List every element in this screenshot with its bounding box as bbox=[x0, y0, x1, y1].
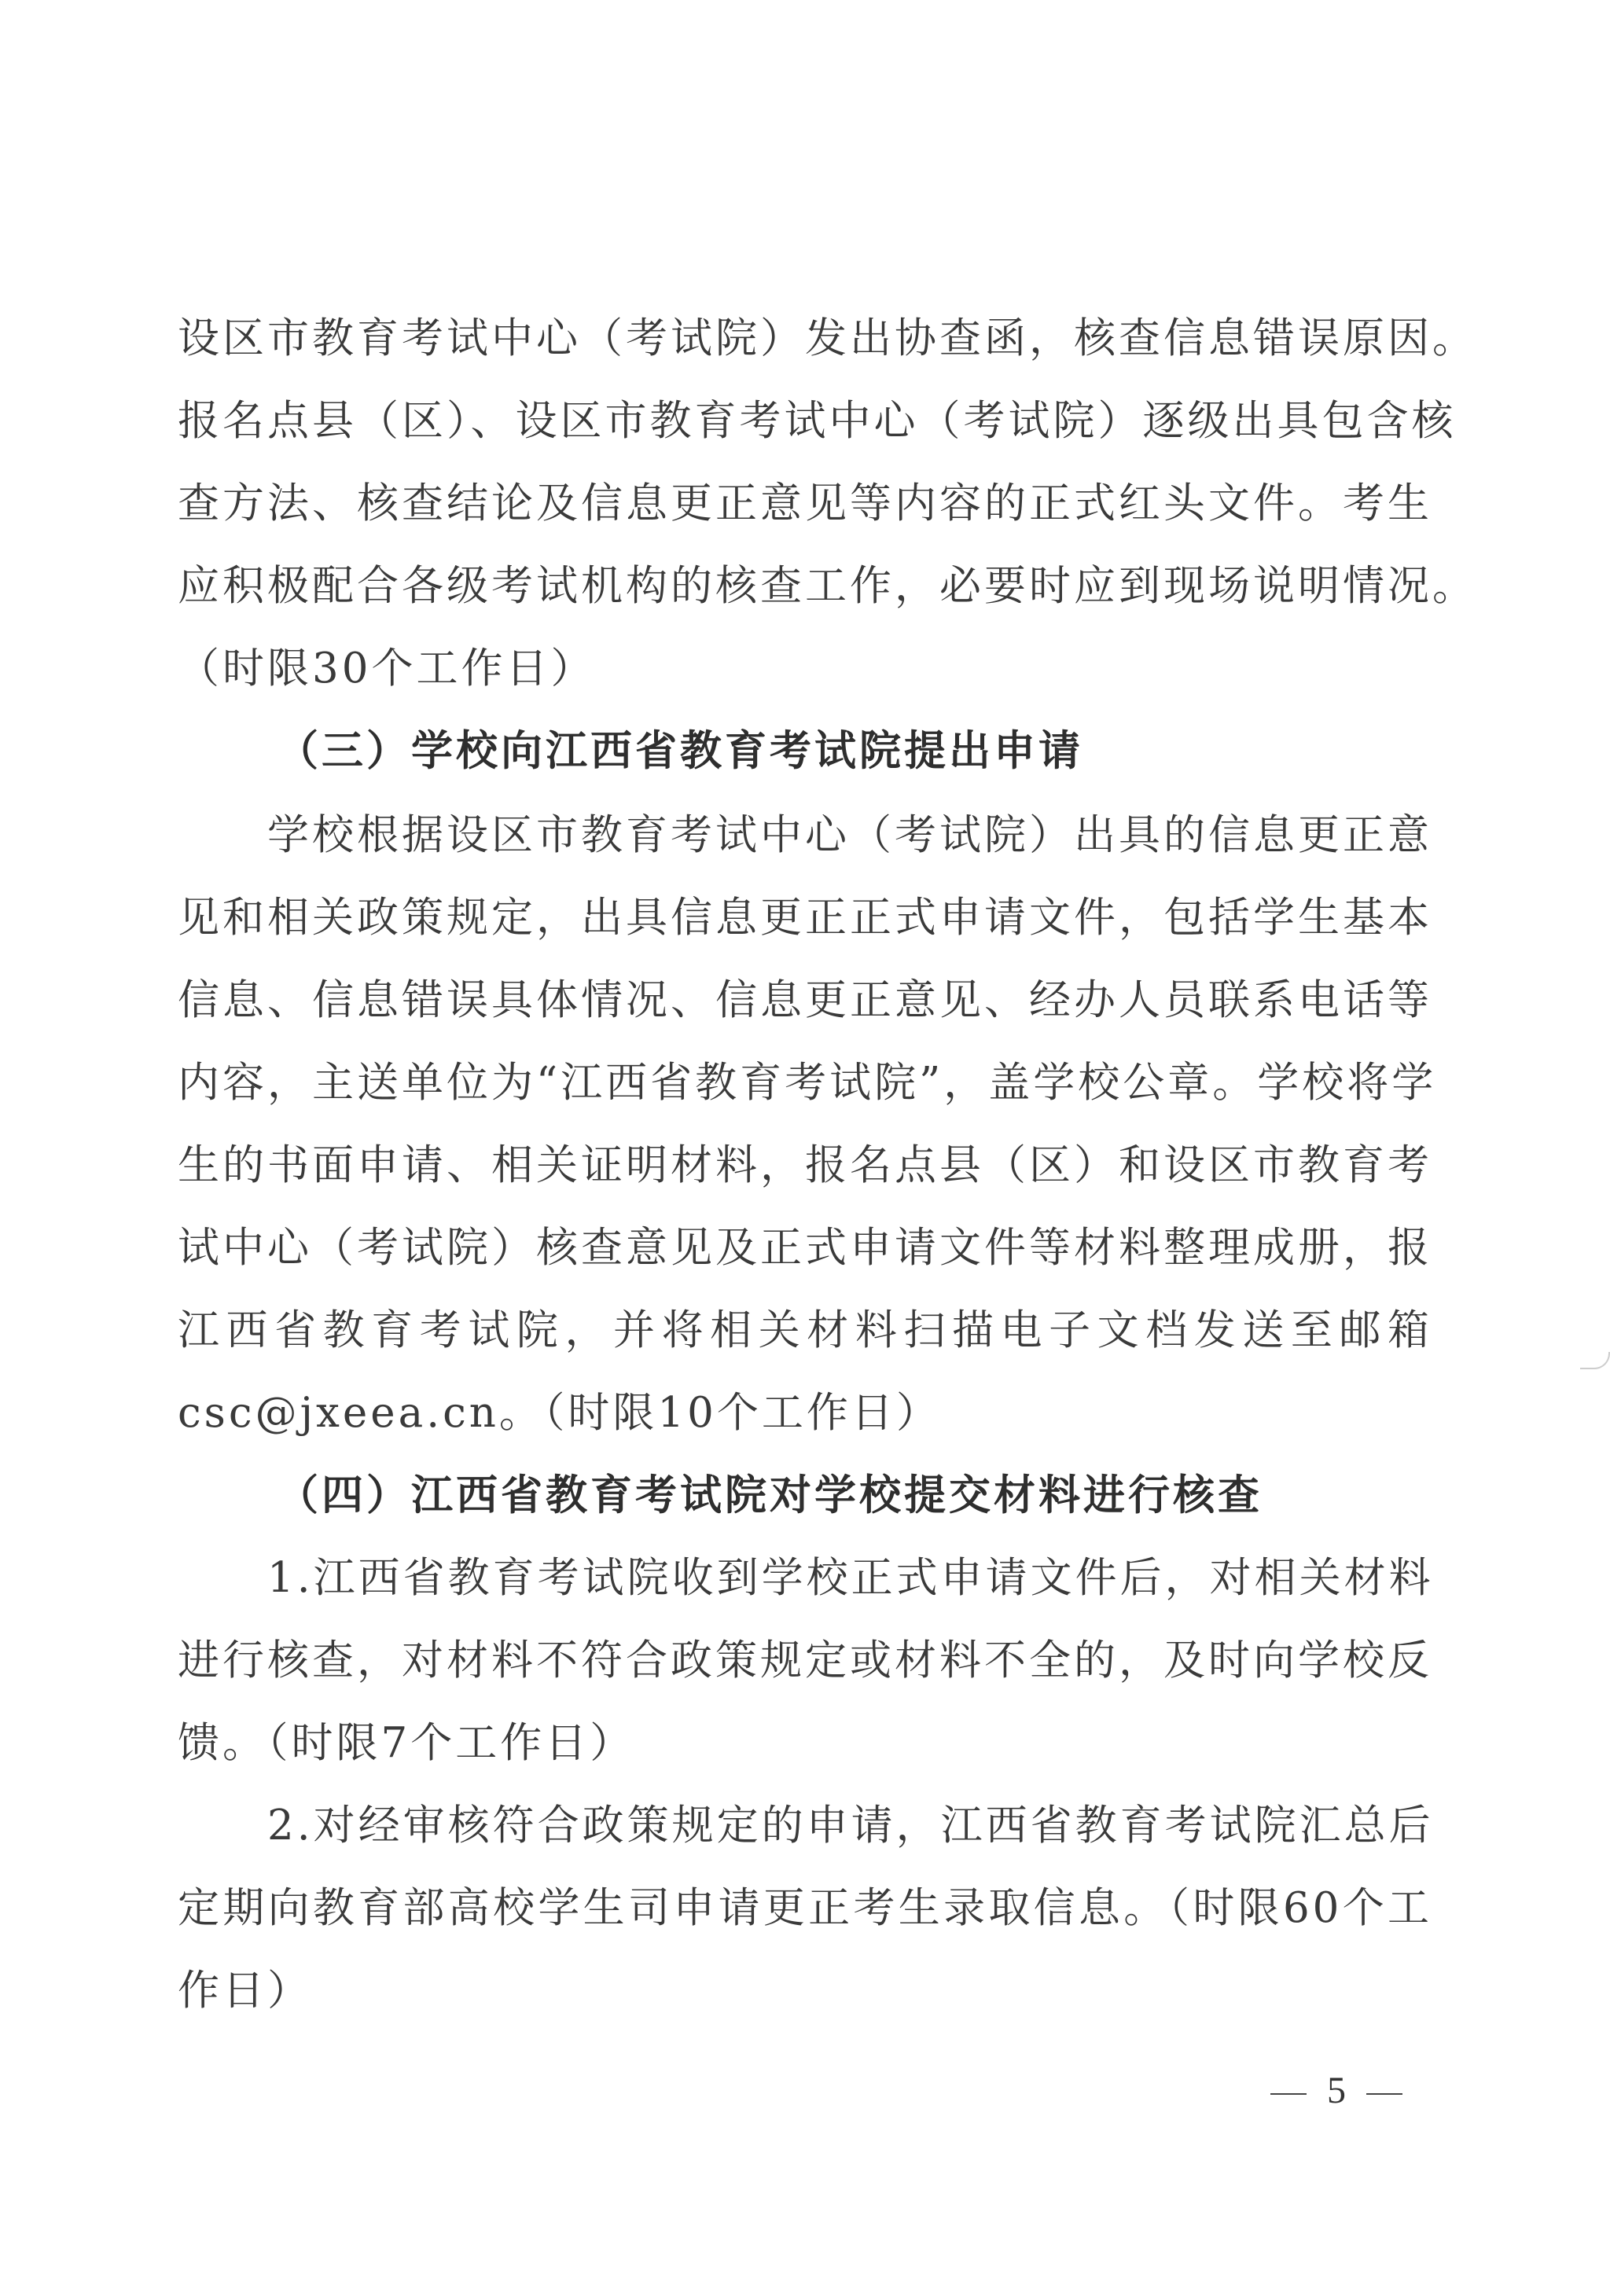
text-line: 信息、信息错误具体情况、信息更正意见、经办人员联系电话等 bbox=[178, 959, 1432, 1041]
text-line: 查方法、核查结论及信息更正意见等内容的正式红头文件。考生 bbox=[178, 462, 1432, 545]
text-line: 见和相关政策规定，出具信息更正正式申请文件，包括学生基本 bbox=[178, 876, 1432, 959]
page-number: 5 bbox=[1250, 2067, 1423, 2114]
text-line: 试中心（考试院）核查意见及正式申请文件等材料整理成册，报 bbox=[178, 1207, 1432, 1289]
text-line: 设区市教育考试中心（考试院）发出协查函，核查信息错误原因。 bbox=[178, 297, 1432, 380]
text-line: 报名点县（区）、设区市教育考试中心（考试院）逐级出具包含核 bbox=[178, 380, 1432, 462]
text-line: 作日） bbox=[178, 1949, 1432, 2032]
page-number-value: 5 bbox=[1327, 2070, 1346, 2111]
text-line: 1.江西省教育考试院收到学校正式申请文件后，对相关材料 bbox=[267, 1537, 1432, 1619]
text-line: （时限30个工作日） bbox=[178, 627, 1432, 710]
section-heading-4: （四）江西省教育考试院对学校提交材料进行核查 bbox=[277, 1454, 1263, 1537]
page-number-dash-right bbox=[1366, 2093, 1402, 2095]
text-line: 进行核查，对材料不符合政策规定或材料不全的，及时向学校反 bbox=[178, 1619, 1432, 1702]
text-line-email: csc@jxeea.cn。（时限10个工作日） bbox=[178, 1372, 1432, 1454]
section-heading-3: （三）学校向江西省教育考试院提出申请 bbox=[277, 710, 1083, 792]
text-line: 学校根据设区市教育考试中心（考试院）出具的信息更正意 bbox=[267, 794, 1432, 876]
text-line: 2.对经审核符合政策规定的申请，江西省教育考试院汇总后 bbox=[267, 1784, 1432, 1867]
text-line: 内容，主送单位为“江西省教育考试院”，盖学校公章。学校将学 bbox=[178, 1041, 1432, 1124]
text-line: 定期向教育部高校学生司申请更正考生录取信息。（时限60个工 bbox=[178, 1867, 1432, 1949]
text-line: 生的书面申请、相关证明材料，报名点县（区）和设区市教育考 bbox=[178, 1124, 1432, 1207]
text-line: 江西省教育考试院，并将相关材料扫描电子文档发送至邮箱 bbox=[178, 1289, 1432, 1372]
scan-artifact-mark bbox=[1580, 1352, 1610, 1369]
document-page: 设区市教育考试中心（考试院）发出协查函，核查信息错误原因。 报名点县（区）、设区… bbox=[0, 0, 1610, 2296]
text-line: 馈。（时限7个工作日） bbox=[178, 1702, 1432, 1784]
text-line: 应积极配合各级考试机构的核查工作，必要时应到现场说明情况。 bbox=[178, 545, 1432, 627]
page-number-dash-left bbox=[1270, 2093, 1307, 2095]
